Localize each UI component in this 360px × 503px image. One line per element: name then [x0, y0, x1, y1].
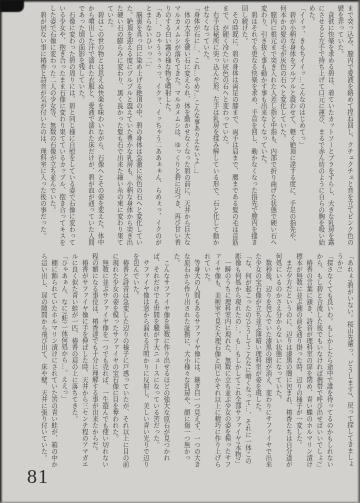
- scan-edge-left: [0, 0, 3, 503]
- paragraph: 「探さなくても良いわ。もしかしたら途中で誰を待ってるのかもしれないから、もし碧と…: [313, 253, 333, 470]
- paragraph: 脳裏を真っ白に染め上げる絶頂の中、碧の身体は急激に灰色の石へと変化していた。絶頂…: [105, 5, 143, 247]
- paragraph: 体の大半を硬い石に変えられ、体を動かせなくなった碧の前に、天井から巨大なマルカメ…: [162, 5, 191, 247]
- paragraph: 「イイッ、きもちイイッ…こんなのはじめてっ」: [296, 5, 306, 247]
- paragraph: 碧はそれでも更なる快楽を求め、手首を回し、動かなくなった指先で膣内を掻き回し続け…: [239, 5, 258, 247]
- lower-text-band: 「あれぇ?碧がいない。桜山先輩っ、どうします?、戻って探してきましょうか?」 「…: [30, 253, 354, 470]
- paragraph: 数秒後、辺りを包んでいた漆黒の闇が消え、変わりにサファイヤで出来た少女の宝石像が…: [252, 253, 272, 470]
- upper-text-band: まで突っ込み、膣内で愛液を絡めて捏ね回し、クチュクチュと音を立てピンク色の襞を弄…: [30, 5, 354, 247]
- paragraph: 椿香の言葉に頷き、詩音が理科室の扉を閉め、青い蝶のホルマリン漬け標本が無数に並ぶ…: [293, 253, 313, 470]
- paragraph: 椿香と詩音は急変した辺りの様子に戸惑っていたが、それ以上に目の前に現れた少女の姿…: [109, 253, 129, 470]
- paragraph: 「な、何が起こったの?どうしてこんなに暗くなって…、それに一体この彫像も何処から…: [232, 253, 252, 470]
- paragraph: 碧が居ない事に椿香と詩音が気が付いたのは、理科室に入った後の事だった。: [37, 5, 47, 247]
- paragraph: その時既に、碧の身体は両足の膝まで、両手は肩まで、腰まである髪の毛は首筋まで、が…: [220, 5, 239, 247]
- paragraph: まで突っ込み、膣内で愛液を絡めて捏ね回し、クチュクチュと音を立てピンク色の襞を弄…: [335, 5, 354, 247]
- paragraph: 無数に並ぶサファイヤ像を一つでも売れば、一生遊んでも使い切れない程の額になる事位…: [89, 253, 109, 470]
- paragraph: 「ひゃあぁん、なに?蛙?一体何処から…。ええっ」: [58, 253, 68, 470]
- paragraph: 等身大の人間もあるサファイヤ像には、継ぎ目一つ見えず、一つの大きな原石から作り出…: [170, 253, 201, 470]
- paragraph: 右手は秘所に突っ込んだ形、左手は乳房を揉み解している形で、石と化して動かせなくな…: [201, 5, 220, 247]
- paragraph: 貪欲に快楽を求める碧は、着ていたカットソーとブラをずらし、大きな乳房を露にさせる…: [306, 5, 335, 247]
- paragraph: 碧はこの世の物とは思えぬ快楽を味わいながら、石像へとその姿を変えた。体中から噴出…: [76, 5, 105, 247]
- paragraph: サファイヤ像は窓から漏れる月明かりに反射し、美しい青い光りで辺りを包んでいた。: [130, 253, 150, 470]
- paragraph: 一瞬のうちに理科室内に現れた、無数に立ち並ぶ少女の姿を模ったサファイヤ像も、美術…: [201, 253, 232, 470]
- paragraph: 棚に飾られていたホルマリン漬けにされていた筈の青い蛙が、箱の中から這い出し、扉の…: [38, 253, 58, 470]
- scan-edge-top: [0, 0, 360, 3]
- paragraph: 椿香がサファイヤ像に手を伸ばした時、天井から三センチ程のアマガエルに良く似た青い…: [68, 253, 88, 470]
- paragraph: 膣内に根元まで突き入れた人差し指と中指も、内部で折り曲げた状態で硬い石へ変わり、…: [258, 5, 277, 247]
- scan-corner-artifact: [0, 0, 24, 12]
- scanned-book-page: まで突っ込み、膣内で愛液を絡めて捏ね回し、クチュクチュと音を立てピンク色の襞を弄…: [0, 0, 360, 503]
- paragraph: 「あれぇ?碧がいない。桜山先輩っ、どうします?、戻って探してきましょうか?」: [334, 253, 354, 470]
- paragraph: 碧が小柄な身体をプルプルと震わせて、軽く絶頂に達する度に、手足の指先や、何本かの…: [277, 5, 296, 247]
- paragraph: まだ夕方だというのに、辺りは漆黒の闇に包まれ、椿香たちは自分達が何処にいるのかさ…: [272, 253, 292, 470]
- paragraph: こんなサファイヤ像を無数に作り出せるほどの強大な原石が見つかれば、それだけでも世…: [150, 253, 170, 470]
- page-number: 81: [27, 466, 49, 489]
- paragraph: 石像に変わった碧の周りには、碧と同じ様に自慰をしている姿で石像に変わっている少女…: [47, 5, 76, 247]
- paragraph: 「あ…、ひゃうぅぅぅっ、イクッ、イッちゃう二ああぁぁん、らめぇっ、イクのがとまら…: [143, 5, 162, 247]
- paragraph: 「身体が石に…、これ…やめ?…こんな事ありえないよ…」: [191, 5, 201, 247]
